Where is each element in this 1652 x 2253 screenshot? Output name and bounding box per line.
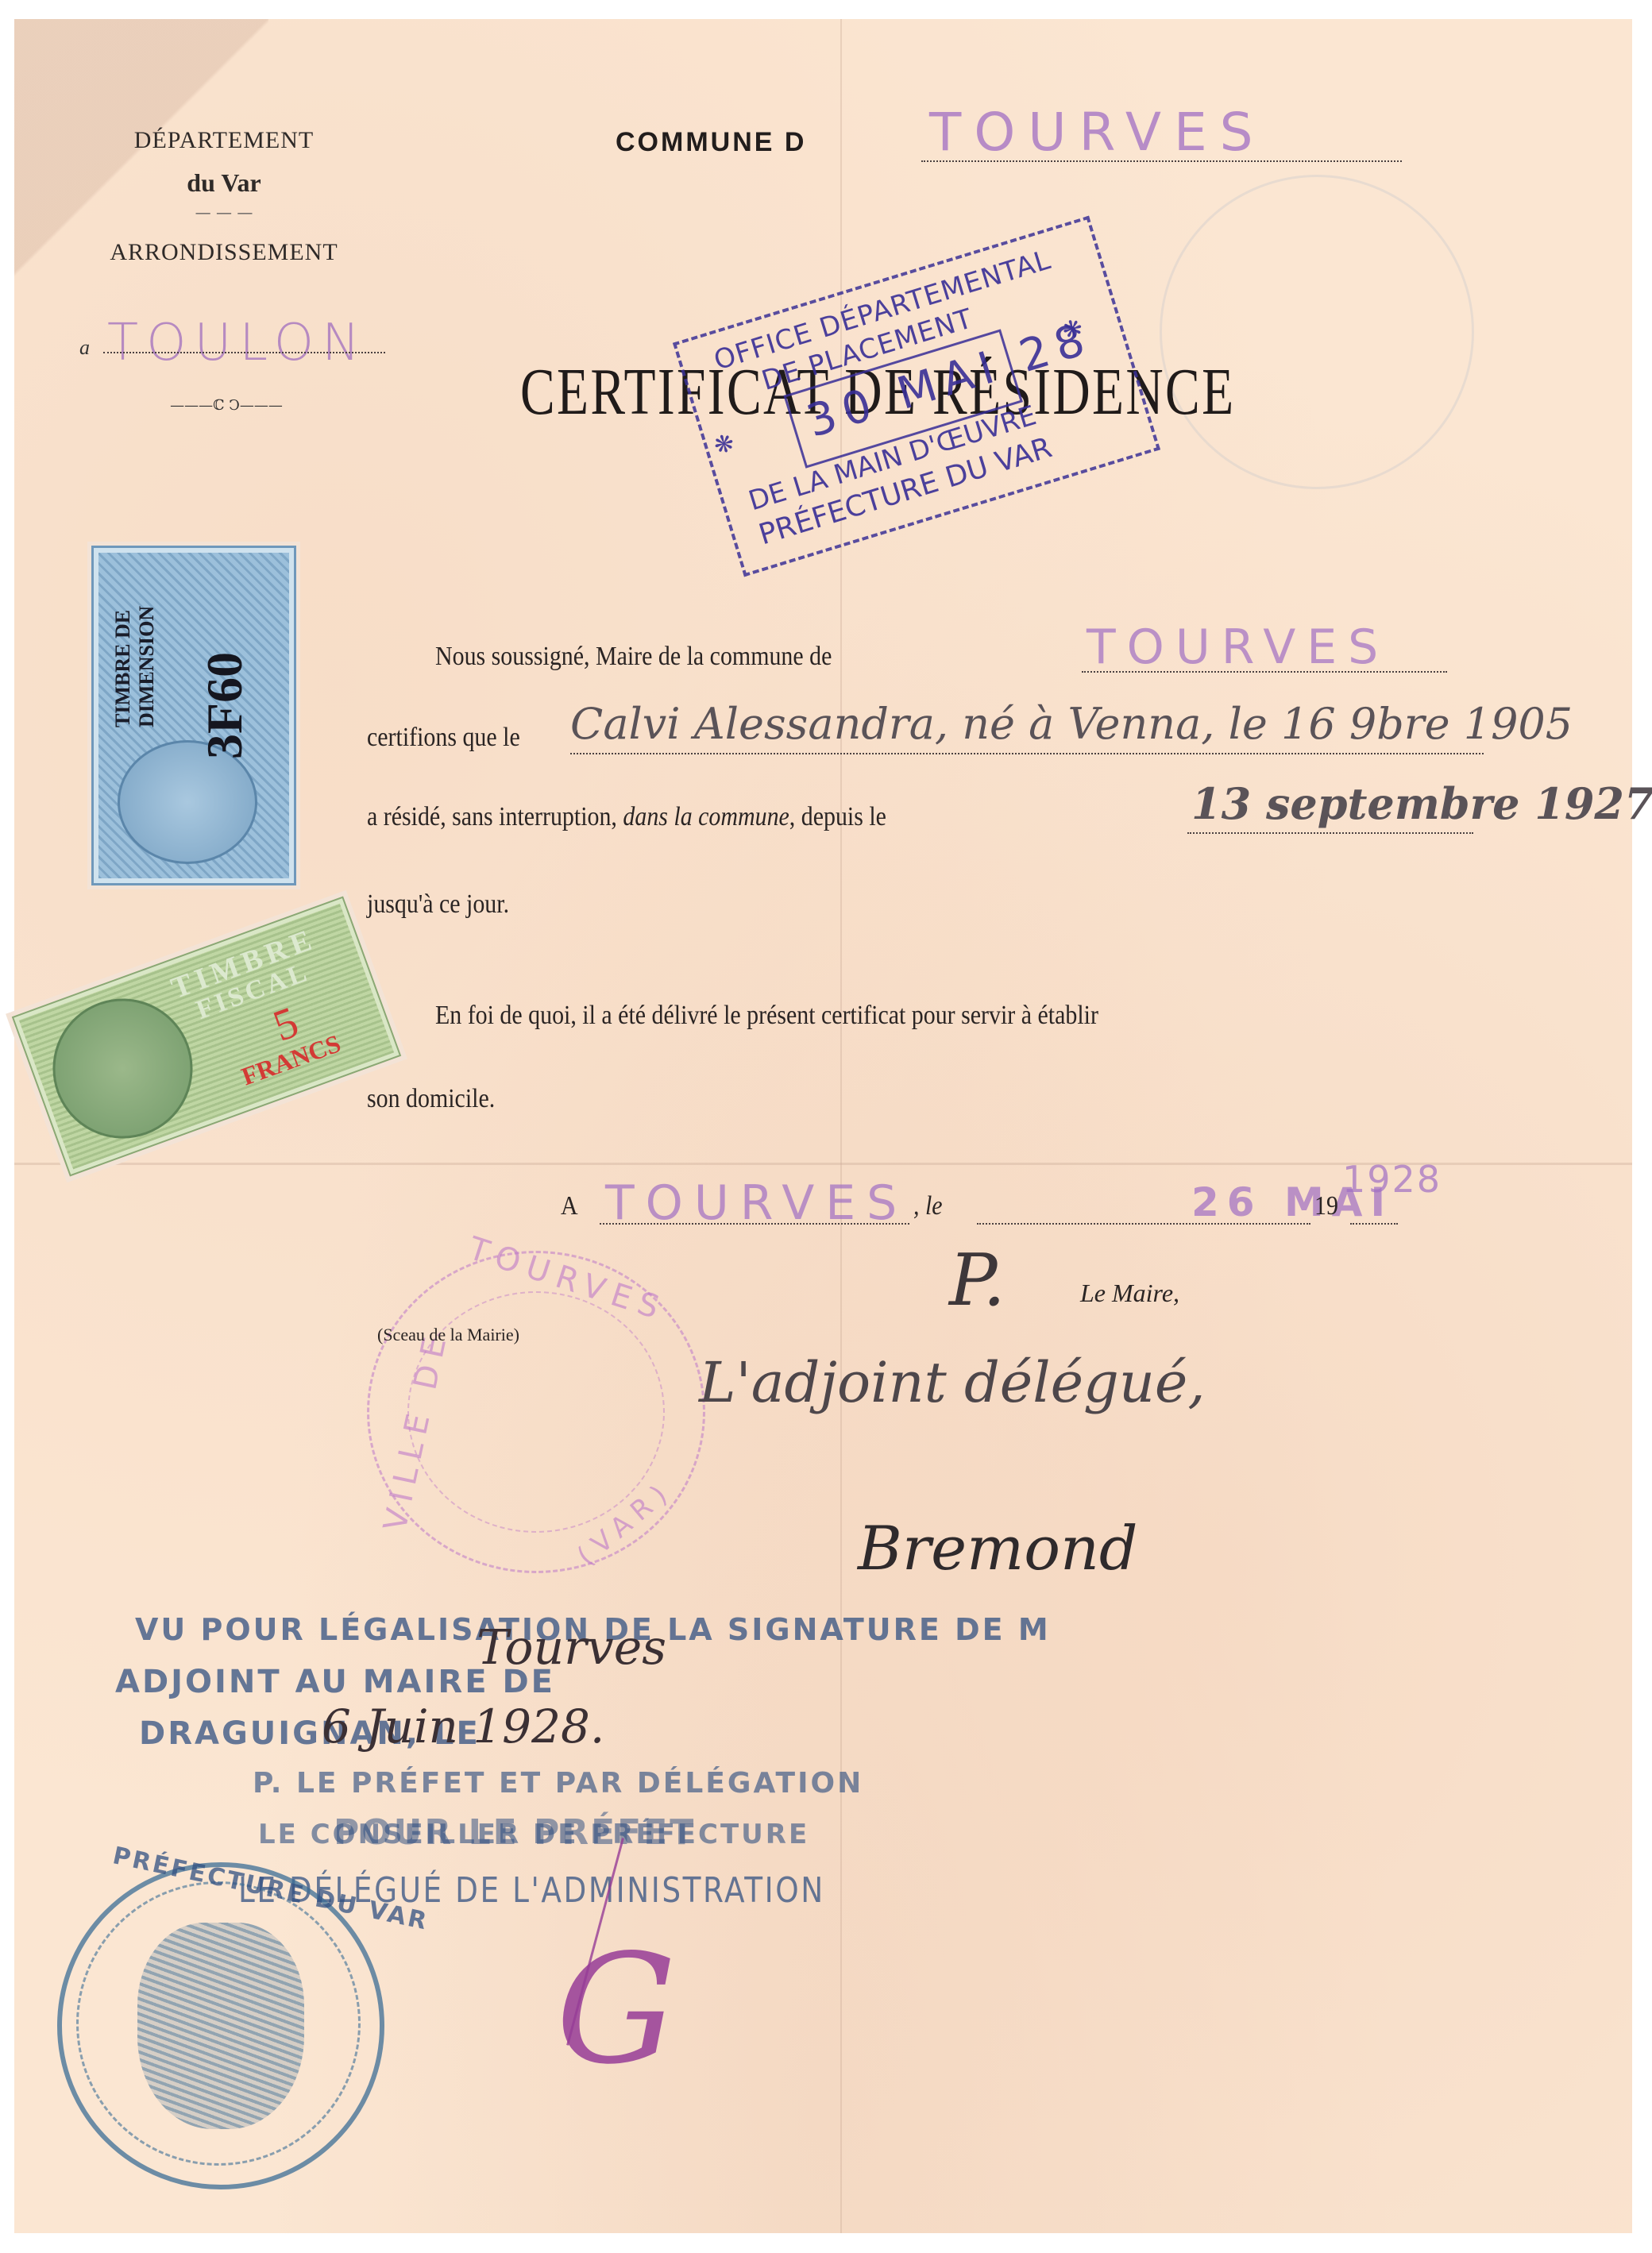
timbre-dimension-label: TIMBRE DE DIMENSION [111,606,159,727]
body-commune-stamp: TOURVES [1087,619,1389,675]
body-line-2: certifions que le [367,723,520,753]
commune-stamp-tourves: TOURVES [929,102,1266,163]
dateline-prefix: A [561,1191,578,1221]
body-line-2-dotted [570,753,1484,754]
dateline-year-prefix: 19 [1314,1191,1338,1221]
dateline-year-stamp: 1928 [1342,1158,1442,1201]
legalisation-initials: G [556,1922,677,2097]
seal-label: (Sceau de la Mairie) [377,1325,519,1345]
commune-dotted-line [921,160,1402,162]
legalisation-line5-overlay: POUR LE PRÉFET [334,1812,696,1853]
dateline-year-dotted [1350,1223,1398,1225]
handwritten-name-birth: Calvi Alessandra, né à Venna, le 16 9bre… [570,699,1573,749]
body-line-1-dotted [1082,671,1447,673]
signature-role: Le Maire, [1080,1279,1179,1308]
header-divider: — — — [57,203,391,222]
dateline-place-dotted [600,1223,909,1225]
handwritten-residence-date: 13 septembre 1927 [1191,778,1652,829]
body-line-4: jusqu'à ce jour. [367,889,509,920]
prefecture-seal-emblem-icon [137,1923,304,2129]
arrondissement-field: a TOULON [79,314,397,369]
signature-delegate: L'adjoint délégué, [699,1350,1206,1415]
timbre-dimension-value: 3F60 [195,652,254,759]
signature-name: Bremond [858,1513,1138,1584]
department-header: DÉPARTEMENT du Var — — — ARRONDISSEMENT [57,127,391,266]
mairie-seal: TOURVES VILLE DE (VAR) [367,1251,705,1573]
arrondissement-stamp-toulon: TOULON [107,314,368,372]
arrondissement-label: ARRONDISSEMENT [57,239,391,266]
department-label: DÉPARTEMENT [57,127,391,154]
body-line-1: Nous soussigné, Maire de la commune de [435,642,832,672]
arrondissement-prefix: a [79,336,90,360]
body-line-3: a résidé, sans interruption, dans la com… [367,802,886,832]
body-line-3-dotted [1187,832,1473,834]
marianne-medallion-icon [33,979,213,1159]
arrondissement-dotted-line [103,352,385,353]
body-line-6: son domicile. [367,1084,495,1114]
commune-label: COMMUNE D [616,127,806,158]
signature-p: P. [949,1239,1005,1322]
laurel-spray-icon: ❋ [711,429,738,461]
prefecture-seal: PRÉFECTURE DU VAR [57,1862,384,2189]
legalisation-hand-commune: Tourves [477,1620,666,1676]
header-ornament: ———ℂ Ↄ——— [163,397,290,414]
department-name: du Var [57,168,391,198]
legalisation-hand-date: 6 Juin 1928. [322,1699,604,1753]
body-line-5: En foi de quoi, il a été délivré le prés… [435,1001,1098,1031]
dateline-le: , le [913,1191,943,1221]
timbre-dimension-stamp: TIMBRE DE DIMENSION 3F60 [94,548,294,883]
faint-ghost-stamp [1160,175,1474,489]
legalisation-line4: P. LE PRÉFET ET PAR DÉLÉGATION [253,1767,863,1800]
